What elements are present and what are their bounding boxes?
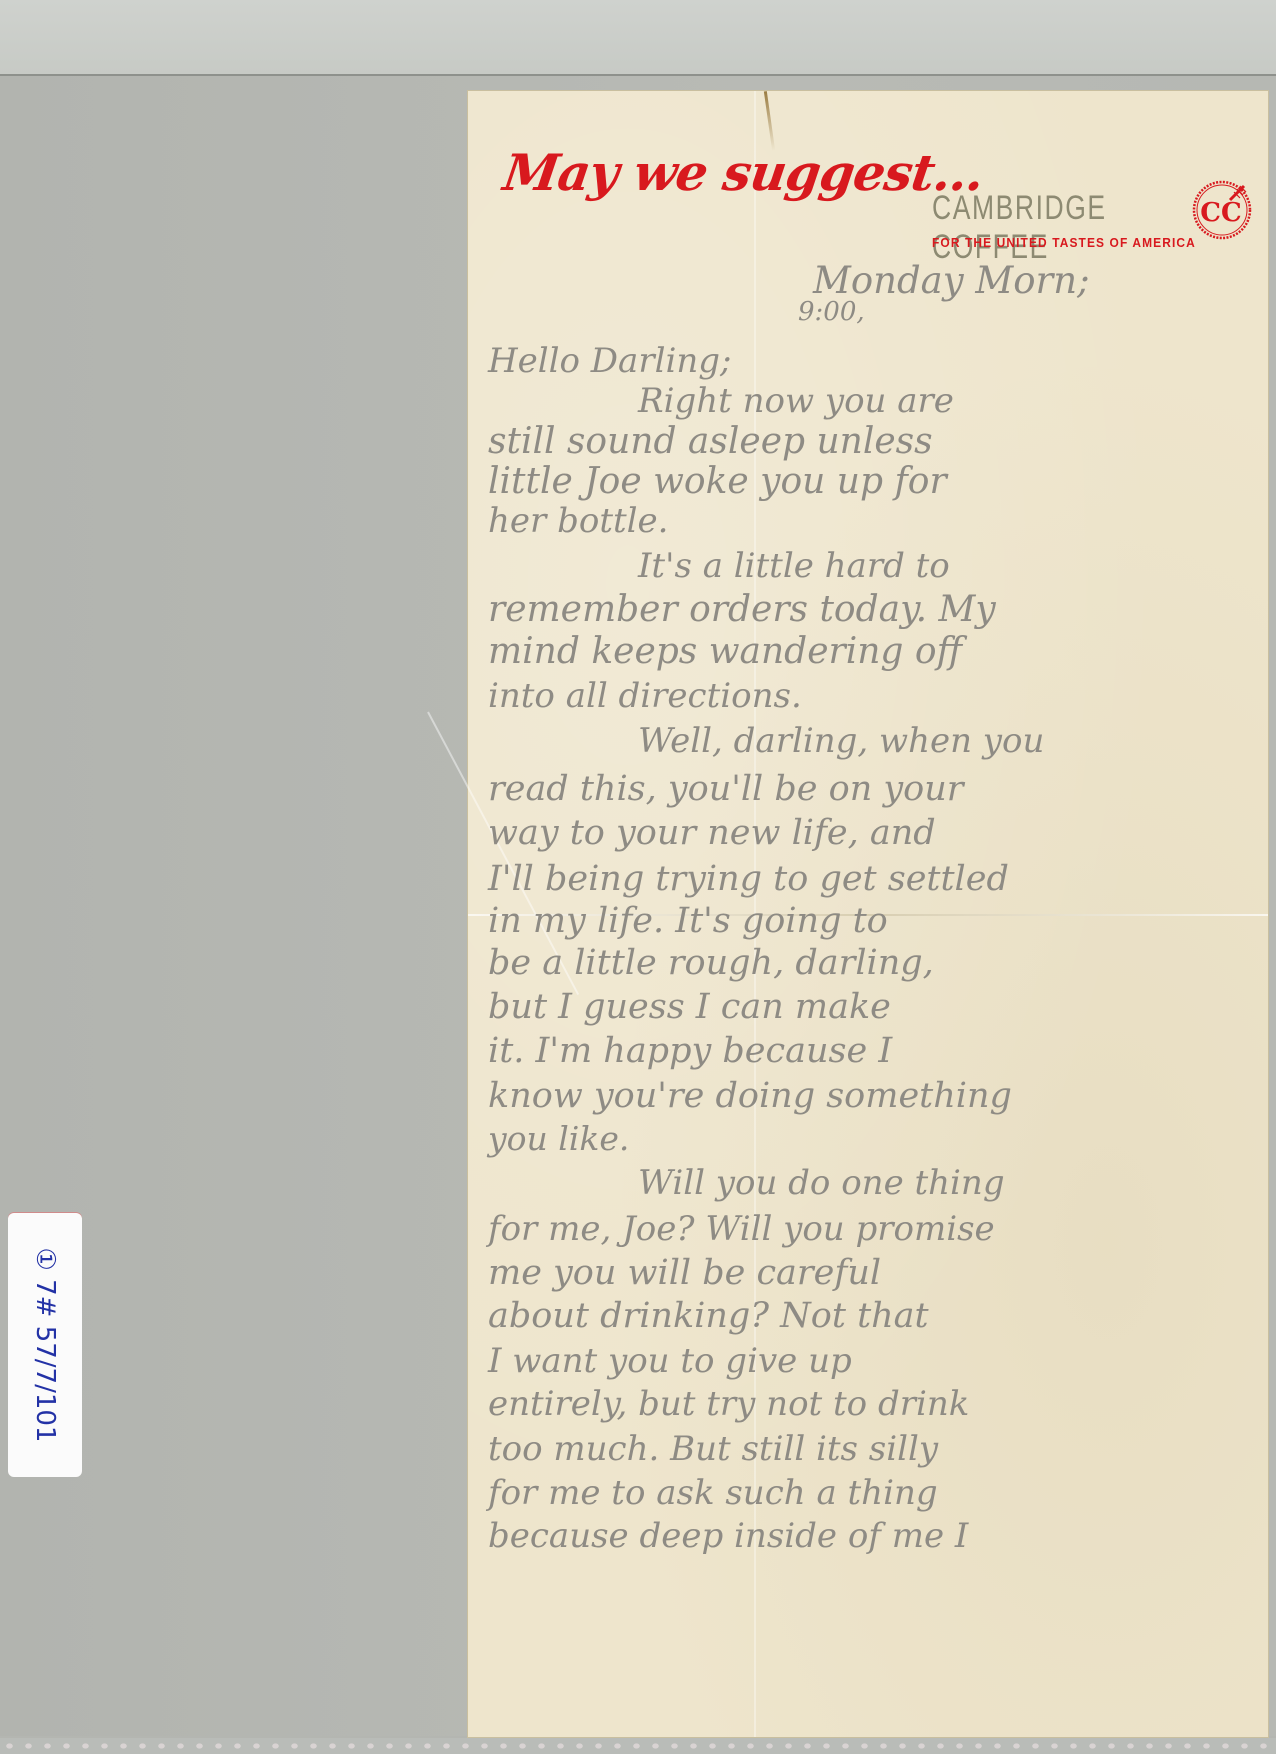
letter-line: in my life. It's going to <box>488 901 888 941</box>
letter-date: Monday Morn; <box>813 259 1090 302</box>
letter-line: read this, you'll be on your <box>488 769 963 809</box>
letter-line: still sound asleep unless <box>488 421 933 462</box>
letter-line: It's a little hard to <box>638 546 950 586</box>
letter-line: I want you to give up <box>488 1341 852 1381</box>
letter-line: her bottle. <box>488 501 668 541</box>
letter-line: about drinking? Not that <box>488 1296 929 1336</box>
letter-line: know you're doing something <box>488 1076 1012 1116</box>
letter-line: Well, darling, when you <box>638 721 1044 761</box>
letter-line: but I guess I can make <box>488 987 891 1027</box>
archive-label: ① 7# 57/7/101 <box>8 1213 82 1477</box>
scanner-lid-band <box>0 0 1276 76</box>
letter-time: 9:00, <box>798 297 865 327</box>
letter-line: mind keeps wandering off <box>488 631 962 672</box>
letter-line: little Joe woke you up for <box>488 461 947 502</box>
perforated-edge-strip <box>0 1738 1276 1754</box>
letter-line: it. I'm happy because I <box>488 1031 892 1071</box>
letter-line: because deep inside of me I <box>488 1516 968 1556</box>
letter-line: into all directions. <box>488 676 802 716</box>
letter-line: for me, Joe? Will you promise <box>488 1209 995 1249</box>
letter-page: May we suggest... CAMBRIDGE COFFEE FOR T… <box>468 91 1268 1737</box>
handwritten-letter: Monday Morn; 9:00, Hello Darling;Right n… <box>468 91 1268 1737</box>
letter-line: remember orders today. My <box>488 589 996 630</box>
archive-label-text: ① 7# 57/7/101 <box>30 1248 60 1443</box>
letter-line: way to your new life, and <box>488 813 936 853</box>
letter-line: too much. But still its silly <box>488 1429 938 1469</box>
letter-line: you like. <box>488 1119 629 1158</box>
letter-line: Right now you are <box>638 381 954 421</box>
letter-line: Hello Darling; <box>488 341 731 381</box>
letter-line: entirely, but try not to drink <box>488 1384 969 1424</box>
letter-line: me you will be careful <box>488 1253 881 1293</box>
letter-line: be a little rough, darling, <box>488 943 934 983</box>
letter-line: for me to ask such a thing <box>488 1473 938 1513</box>
letter-line: Will you do one thing <box>638 1163 1005 1203</box>
letter-line: I'll being trying to get settled <box>488 859 1009 899</box>
